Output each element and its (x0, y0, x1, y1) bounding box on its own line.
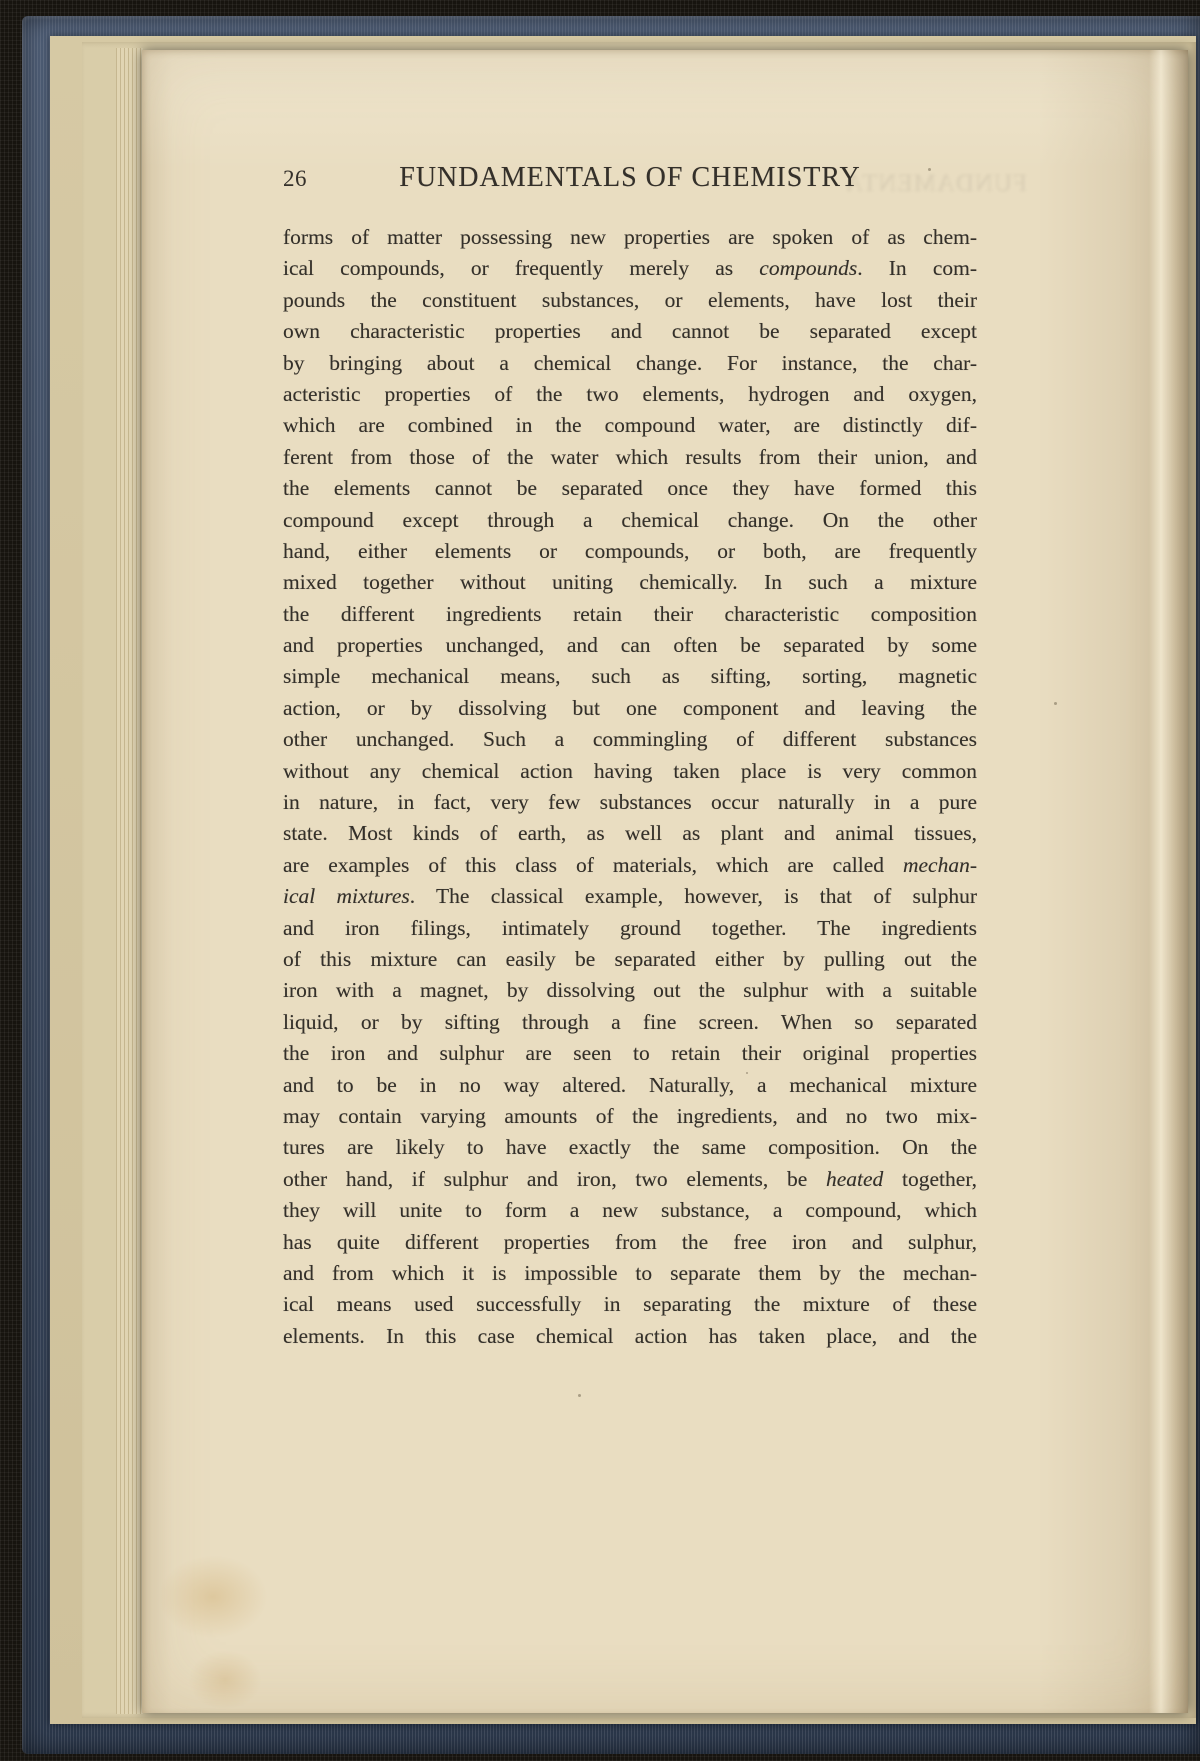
text-segment: ical compounds, or frequently merely as (283, 256, 759, 280)
body-line: and properties unchanged, and can often … (283, 630, 977, 661)
body-line: ferent from those of the water which res… (283, 442, 977, 473)
stacked-page-edges (116, 48, 143, 1714)
text-segment: the iron and sulphur are seen to retain … (283, 1041, 977, 1065)
text-segment: without any chemical action having taken… (283, 759, 977, 783)
text-segment: compound except through a chemical chang… (283, 508, 977, 532)
body-line: tures are likely to have exactly the sam… (283, 1132, 977, 1163)
text-segment: other unchanged. Such a commingling of d… (283, 727, 977, 751)
body-line: mixed together without uniting chemicall… (283, 567, 977, 598)
text-segment: they will unite to form a new substance,… (283, 1198, 977, 1222)
dust-speck (578, 1394, 581, 1397)
text-segment: ical means used successfully in separati… (283, 1292, 977, 1316)
printed-content: 26 FUNDAMENTALS OF CHEMISTRY FUNDAMENTAL… (283, 162, 977, 1352)
text-segment: other hand, if sulphur and iron, two ele… (283, 1167, 826, 1191)
book-photo: 26 FUNDAMENTALS OF CHEMISTRY FUNDAMENTAL… (0, 0, 1200, 1761)
body-line: other unchanged. Such a commingling of d… (283, 724, 977, 755)
body-line: forms of matter possessing new propertie… (283, 222, 977, 253)
body-line: may contain varying amounts of the ingre… (283, 1101, 977, 1132)
text-segment: the different ingredients retain their c… (283, 602, 977, 626)
italic-term: ical mixtures (283, 884, 410, 908)
text-segment: and iron filings, intimately ground toge… (283, 916, 977, 940)
text-segment: iron with a magnet, by dissolving out th… (283, 978, 977, 1002)
body-line: hand, either elements or compounds, or b… (283, 536, 977, 567)
dust-speck (1054, 702, 1057, 705)
text-segment: . In com- (857, 256, 977, 280)
running-title: FUNDAMENTALS OF CHEMISTRY (283, 162, 977, 194)
body-line: ical mixtures. The classical example, ho… (283, 881, 977, 912)
body-line: compound except through a chemical chang… (283, 505, 977, 536)
italic-term: heated (826, 1167, 883, 1191)
body-line: ical compounds, or frequently merely as … (283, 253, 977, 284)
body-line: and iron filings, intimately ground toge… (283, 913, 977, 944)
body-line: liquid, or by sifting through a fine scr… (283, 1007, 977, 1038)
book-page: 26 FUNDAMENTALS OF CHEMISTRY FUNDAMENTAL… (142, 50, 1188, 1713)
body-line: other hand, if sulphur and iron, two ele… (283, 1164, 977, 1195)
text-segment: elements. In this case chemical action h… (283, 1324, 977, 1348)
text-segment: tures are likely to have exactly the sam… (283, 1135, 977, 1159)
text-segment: mixed together without uniting chemicall… (283, 570, 977, 594)
text-segment: in nature, in fact, very few substances … (283, 790, 977, 814)
text-segment: pounds the constituent substances, or el… (283, 288, 977, 312)
body-line: by bringing about a chemical change. For… (283, 348, 977, 379)
text-segment: of this mixture can easily be separated … (283, 947, 977, 971)
body-line: and from which it is impossible to separ… (283, 1258, 977, 1289)
text-segment: by bringing about a chemical change. For… (283, 351, 977, 375)
body-line: are examples of this class of materials,… (283, 850, 977, 881)
text-segment: own characteristic properties and cannot… (283, 319, 977, 343)
gutter-shadow (1038, 50, 1188, 1713)
page-header: 26 FUNDAMENTALS OF CHEMISTRY FUNDAMENTAL… (283, 162, 977, 196)
body-line: own characteristic properties and cannot… (283, 316, 977, 347)
body-line: without any chemical action having taken… (283, 756, 977, 787)
page-stain (188, 1650, 262, 1710)
body-line: the elements cannot be separated once th… (283, 473, 977, 504)
body-line: action, or by dissolving but one compone… (283, 693, 977, 724)
body-line: state. Most kinds of earth, as well as p… (283, 818, 977, 849)
body-line: in nature, in fact, very few substances … (283, 787, 977, 818)
body-line: simple mechanical means, such as sifting… (283, 661, 977, 692)
text-segment: simple mechanical means, such as sifting… (283, 664, 977, 688)
text-segment: and properties unchanged, and can often … (283, 633, 977, 657)
text-segment: . The classical example, however, is tha… (410, 884, 977, 908)
body-line: which are combined in the compound water… (283, 410, 977, 441)
text-segment: liquid, or by sifting through a fine scr… (283, 1010, 977, 1034)
text-segment: hand, either elements or compounds, or b… (283, 539, 977, 563)
text-segment: the elements cannot be separated once th… (283, 476, 977, 500)
text-segment: are examples of this class of materials,… (283, 853, 903, 877)
body-line: elements. In this case chemical action h… (283, 1321, 977, 1352)
body-text: forms of matter possessing new propertie… (283, 222, 977, 1352)
text-segment: ferent from those of the water which res… (283, 445, 977, 469)
text-segment: has quite different properties from the … (283, 1230, 977, 1254)
text-segment: state. Most kinds of earth, as well as p… (283, 821, 977, 845)
body-line: ical means used successfully in separati… (283, 1289, 977, 1320)
body-line: pounds the constituent substances, or el… (283, 285, 977, 316)
page-number: 26 (283, 166, 307, 192)
text-segment: and from which it is impossible to separ… (283, 1261, 977, 1285)
body-line: acteristic properties of the two element… (283, 379, 977, 410)
italic-term: mechan- (903, 853, 977, 877)
body-line: and to be in no way altered. Naturally, … (283, 1070, 977, 1101)
italic-term: compounds (759, 256, 857, 280)
body-line: of this mixture can easily be separated … (283, 944, 977, 975)
text-segment: forms of matter possessing new propertie… (283, 225, 977, 249)
text-segment: may contain varying amounts of the ingre… (283, 1104, 977, 1128)
text-segment: together, (883, 1167, 977, 1191)
text-segment: which are combined in the compound water… (283, 413, 977, 437)
body-line: has quite different properties from the … (283, 1227, 977, 1258)
text-segment: acteristic properties of the two element… (283, 382, 977, 406)
text-segment: action, or by dissolving but one compone… (283, 696, 977, 720)
body-line: they will unite to form a new substance,… (283, 1195, 977, 1226)
body-line: iron with a magnet, by dissolving out th… (283, 975, 977, 1006)
text-segment: and to be in no way altered. Naturally, … (283, 1073, 977, 1097)
page-stain (158, 1555, 268, 1639)
body-line: the iron and sulphur are seen to retain … (283, 1038, 977, 1069)
body-line: the different ingredients retain their c… (283, 599, 977, 630)
